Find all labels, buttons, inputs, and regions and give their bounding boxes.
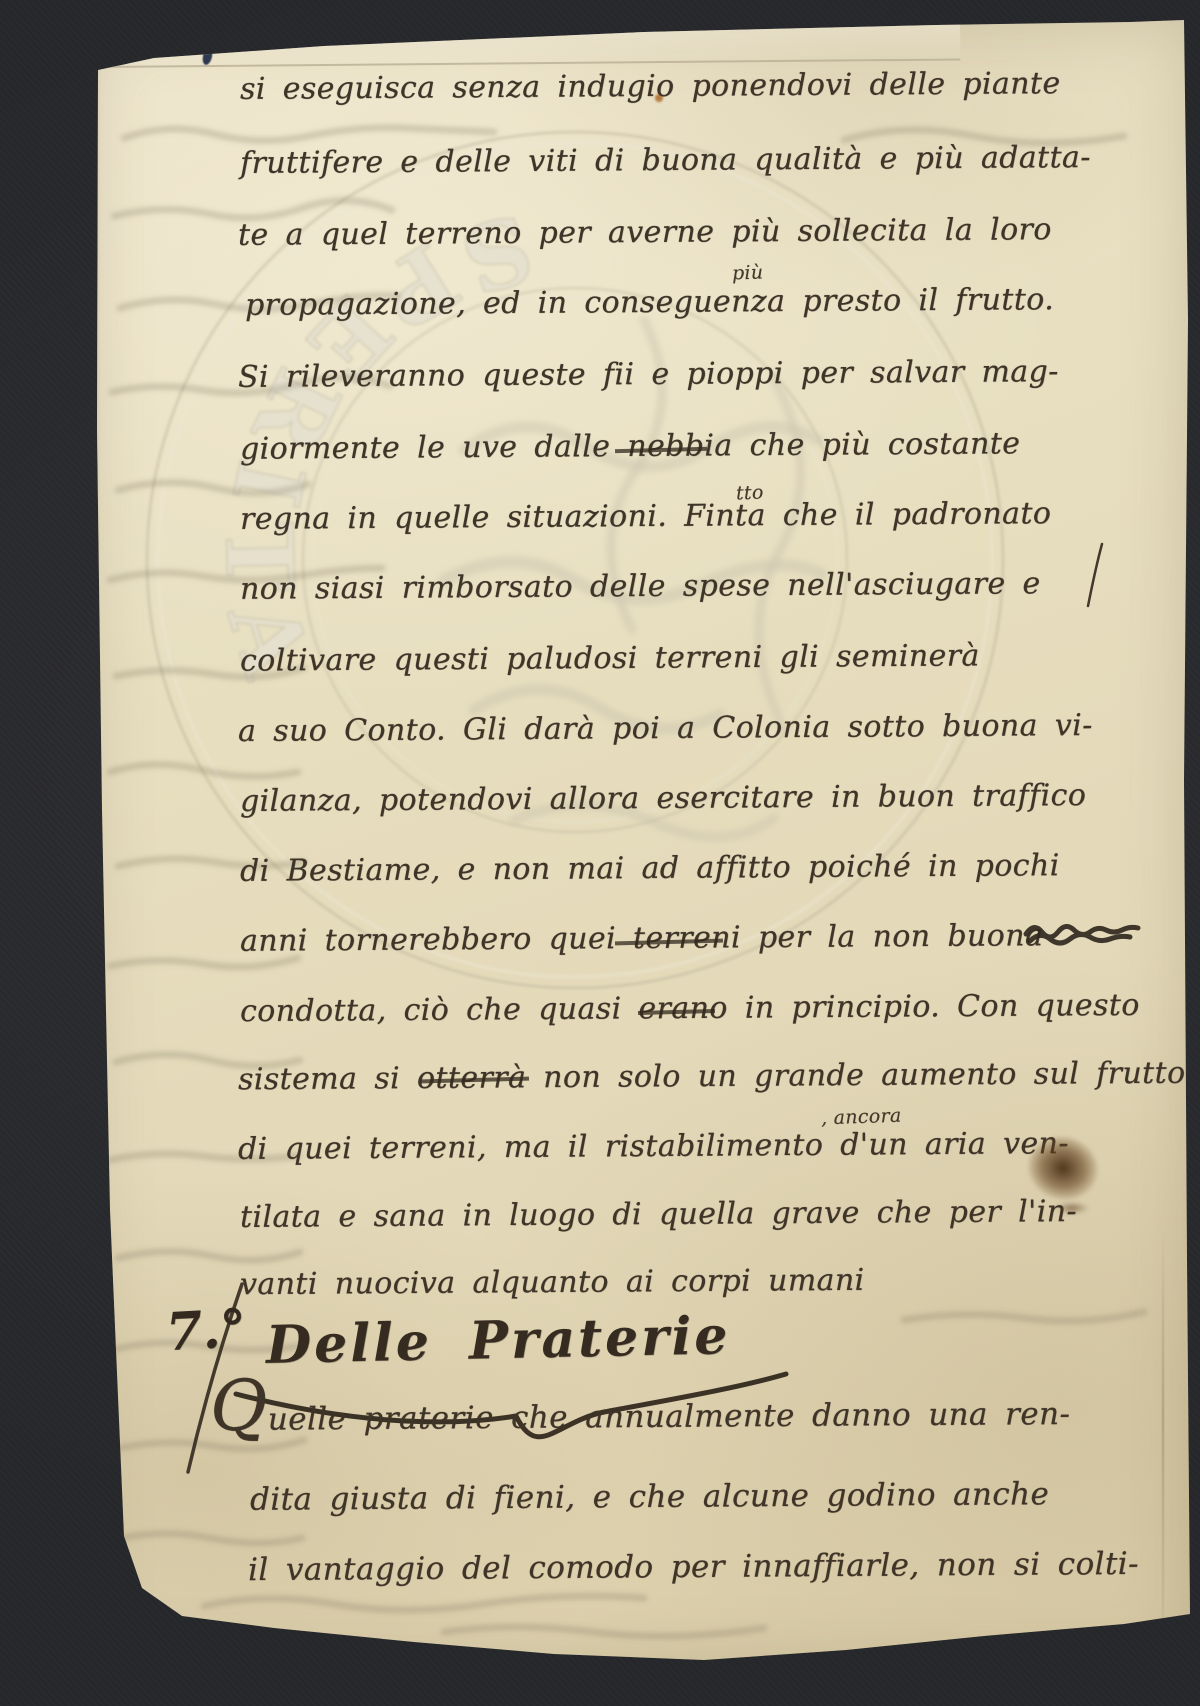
manuscript-line: a suo Conto. Gli darà poi a Colonia sott… (238, 711, 1093, 747)
manuscript-line: gilanza, potendovi allora esercitare in … (240, 781, 1086, 817)
fold-crease (1162, 1228, 1164, 1652)
manuscript-line: vanti nuociva alquanto ai corpi umani (240, 1266, 865, 1300)
page-stack-edge (84, 48, 101, 1634)
manuscript-line: Si rileveranno queste fii e pioppi per s… (238, 357, 1059, 393)
margin-slash-mark (1080, 540, 1110, 610)
manuscript-line: te a quel terreno per averne più solleci… (238, 215, 1052, 251)
ink-blot-tail (1049, 1200, 1095, 1216)
interlinear-insertion: tto (736, 482, 764, 505)
manuscript-line: anni tornerebbero quei terreni per la no… (240, 921, 1043, 957)
manuscript-page: SPERITA (84, 20, 1190, 1668)
manuscript-line: il vantaggio del comodo per innaffiarle,… (248, 1549, 1139, 1586)
manuscript-line: non siasi rimborsato delle spese nell'as… (240, 569, 1041, 605)
interlinear-insertion: , ancora (821, 1105, 902, 1130)
photograph-background: SPERITA (0, 0, 1200, 1706)
manuscript-line: di quei terreni, ma il ristabilimento d'… (238, 1129, 1069, 1165)
manuscript-line: dita giusta di fieni, e che alcune godin… (250, 1479, 1049, 1516)
underlying-sheet-edge (94, 12, 960, 68)
interlinear-insertion: più (732, 261, 764, 284)
manuscript-line: sistema si otterrà non solo un grande au… (238, 1059, 1186, 1096)
section-title: Delle Praterie (265, 1305, 731, 1376)
manuscript-line: coltivare questi paludosi terreni gli se… (240, 641, 980, 676)
manuscript-line: tilata e sana in luogo di quella grave c… (240, 1197, 1077, 1233)
manuscript-line: si eseguisca senza indugio ponendovi del… (240, 69, 1061, 105)
manuscript-line: Quelle praterie che annualmente danno un… (210, 1399, 1071, 1436)
manuscript-line: fruttifere e delle viti di buona qualità… (240, 143, 1091, 179)
section-number: 7.° (164, 1298, 247, 1363)
manuscript-line: giormente le uve dalle nebbia che più co… (240, 429, 1021, 464)
manuscript-line: regna in quelle situazioni. Finta che il… (240, 499, 1052, 535)
manuscript-line: propagazione, ed in conseguenza presto i… (245, 285, 1054, 321)
manuscript-line: di Bestiame, e non mai ad affitto poiché… (240, 851, 1060, 887)
